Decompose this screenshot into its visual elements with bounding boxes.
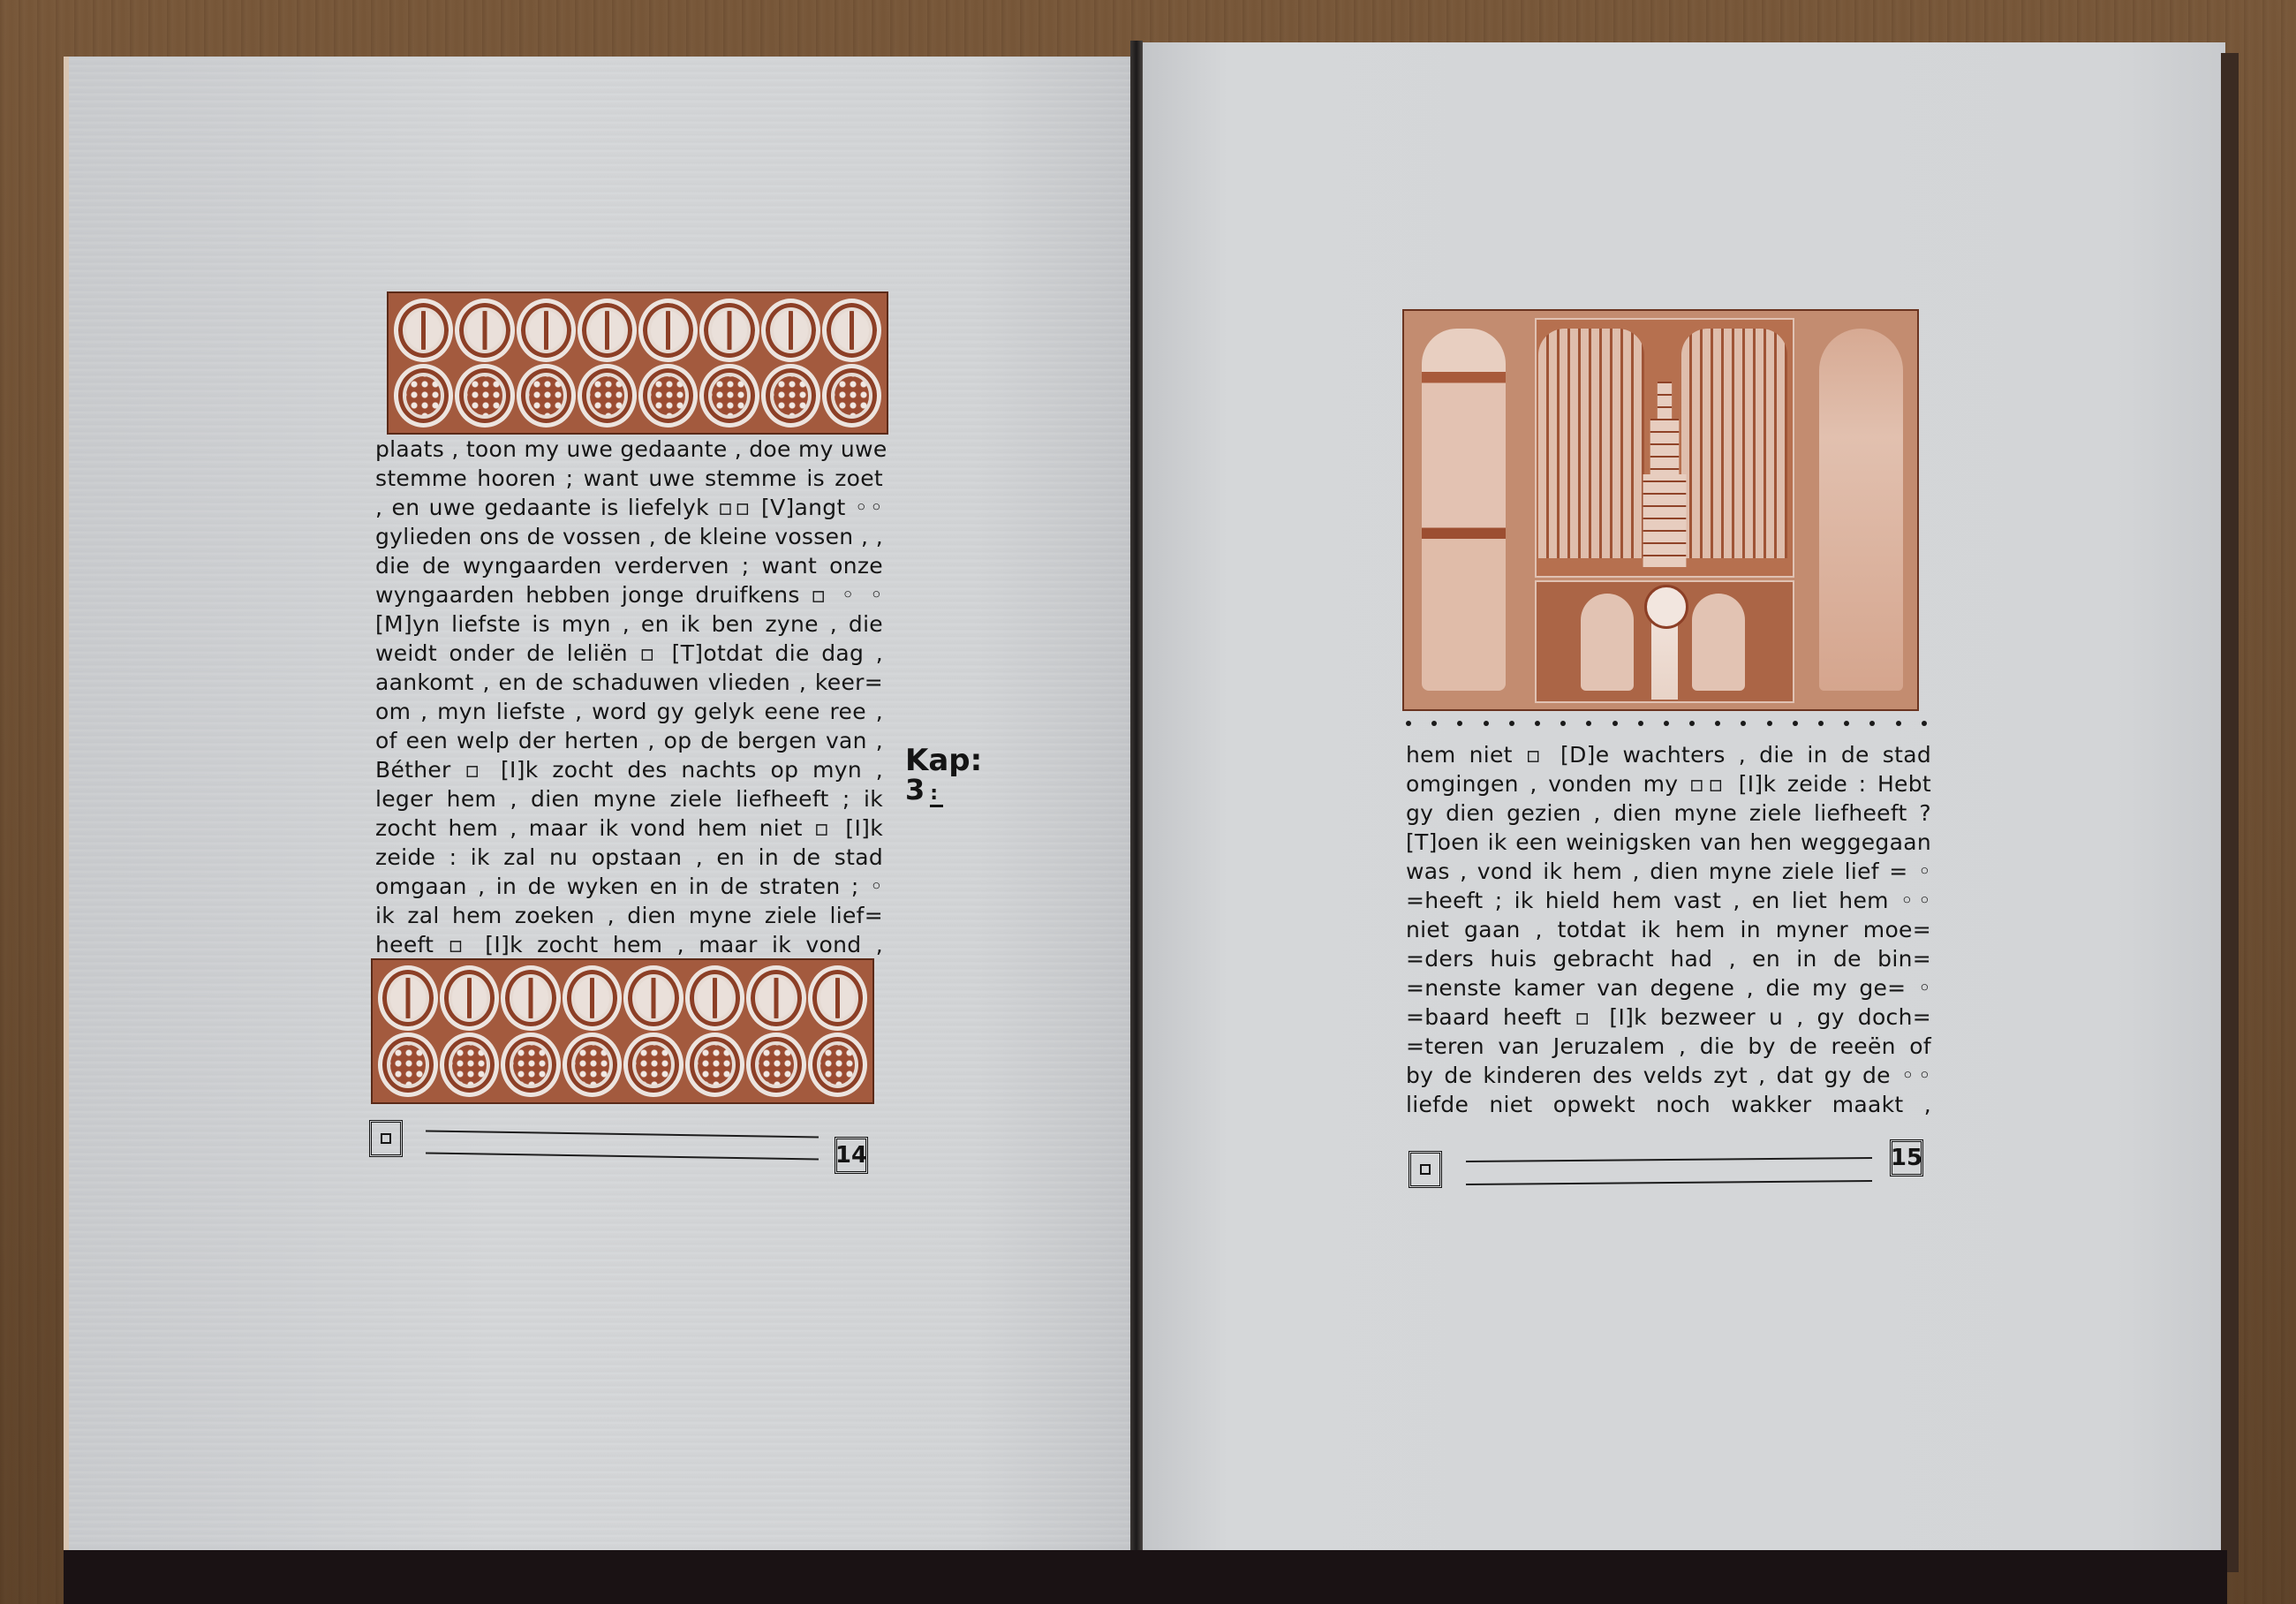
text-line: by de kinderen des velds zyt , dat gy de… bbox=[1406, 1061, 1931, 1090]
text-line: om , myn liefste , word gy gelyk eene re… bbox=[375, 697, 883, 726]
chapter-label: Kap: bbox=[905, 745, 982, 776]
text-line: zocht hem , maar ik vond hem niet ▫ [I]k bbox=[375, 813, 883, 843]
text-line: liefde niet opwekt noch wakker maakt , bbox=[1406, 1090, 1931, 1119]
text-line: of een welp der herten , op de bergen va… bbox=[375, 726, 883, 755]
text-line: ik zal hem zoeken , dien myne ziele lief… bbox=[375, 901, 883, 930]
text-line: gy dien gezien , dien myne ziele liefhee… bbox=[1406, 798, 1931, 828]
book-gutter bbox=[1130, 41, 1143, 1578]
left-page-text: plaats , toon my uwe gedaante , doe my u… bbox=[375, 435, 883, 959]
text-line: stemme hooren ; want uwe stemme is zoet bbox=[375, 464, 883, 493]
text-line: zeide : ik zal nu opstaan , en in de sta… bbox=[375, 843, 883, 872]
text-line: was , vond ik hem , dien myne ziele lief… bbox=[1406, 857, 1931, 886]
text-line: aankomt , en de schaduwen vlieden , keer… bbox=[375, 668, 883, 697]
text-line: omgaan , in de wyken en in de straten ; … bbox=[375, 872, 883, 901]
text-line: niet gaan , totdat ik hem in myner moe= bbox=[1406, 915, 1931, 944]
text-line: leger hem , dien myne ziele liefheeft ; … bbox=[375, 784, 883, 813]
text-line: =teren van Jeruzalem , die by de reeën o… bbox=[1406, 1032, 1931, 1061]
dotted-divider bbox=[1406, 721, 1927, 726]
sepia-illustration bbox=[1402, 309, 1919, 711]
bearded-king-figure bbox=[1422, 329, 1506, 691]
text-line: omgingen , vonden my ▫▫ [I]k zeide : Heb… bbox=[1406, 769, 1931, 798]
text-line: [T]oen ik een weinigsken van hen weggega… bbox=[1406, 828, 1931, 857]
text-line: , en uwe gedaante is liefelyk ▫▫ [V]angt… bbox=[375, 493, 883, 522]
footer-ornament-box-icon bbox=[369, 1120, 403, 1157]
text-line: wyngaarden hebben jonge druifkens ▫ ◦ ◦ bbox=[375, 580, 883, 609]
page-number-14: 14 bbox=[835, 1137, 868, 1174]
chapter-marker: Kap: 3: bbox=[905, 745, 982, 807]
chapter-dots: : bbox=[930, 783, 943, 807]
right-page-text: hem niet ▫ [D]e wachters , die in de sta… bbox=[1406, 740, 1931, 1119]
worshippers-left bbox=[1538, 329, 1644, 558]
text-line: weidt onder de leliën ▫ [T]otdat die dag… bbox=[375, 639, 883, 668]
text-line: die de wyngaarden verderven ; want onze bbox=[375, 551, 883, 580]
top-ornamental-band bbox=[387, 291, 888, 435]
text-line: =heeft ; ik hield hem vast , en liet hem… bbox=[1406, 886, 1931, 915]
text-line: =baard heeft ▫ [I]k bezweer u , gy doch= bbox=[1406, 1002, 1931, 1032]
footer-ornament-box-icon bbox=[1409, 1151, 1442, 1188]
chapter-number: 3 bbox=[905, 773, 925, 806]
text-line: plaats , toon my uwe gedaante , doe my u… bbox=[375, 435, 883, 464]
text-line: hem niet ▫ [D]e wachters , die in de sta… bbox=[1406, 740, 1931, 769]
text-line: gylieden ons de vossen , de kleine vosse… bbox=[375, 522, 883, 551]
text-line: Béther ▫ [I]k zocht des nachts op myn , bbox=[375, 755, 883, 784]
page-number-15: 15 bbox=[1890, 1139, 1923, 1177]
bottom-ornamental-band bbox=[371, 958, 874, 1104]
book-cover-edge bbox=[2221, 53, 2239, 1572]
text-line: [M]yn liefste is myn , en ik ben zyne , … bbox=[375, 609, 883, 639]
worshippers-right bbox=[1681, 329, 1787, 558]
text-line: heeft ▫ [I]k zocht hem , maar ik vond , bbox=[375, 930, 883, 959]
kneeling-figure-left bbox=[1581, 594, 1634, 691]
text-line: =ders huis gebracht had , en in de bin= bbox=[1406, 944, 1931, 973]
lamb-medallion-icon bbox=[1644, 585, 1688, 629]
text-line: =nenste kamer van degene , die my ge= ◦ bbox=[1406, 973, 1931, 1002]
veiled-woman-figure bbox=[1819, 329, 1903, 691]
kneeling-figure-right bbox=[1692, 594, 1745, 691]
book-bottom-shadow bbox=[64, 1550, 2227, 1604]
